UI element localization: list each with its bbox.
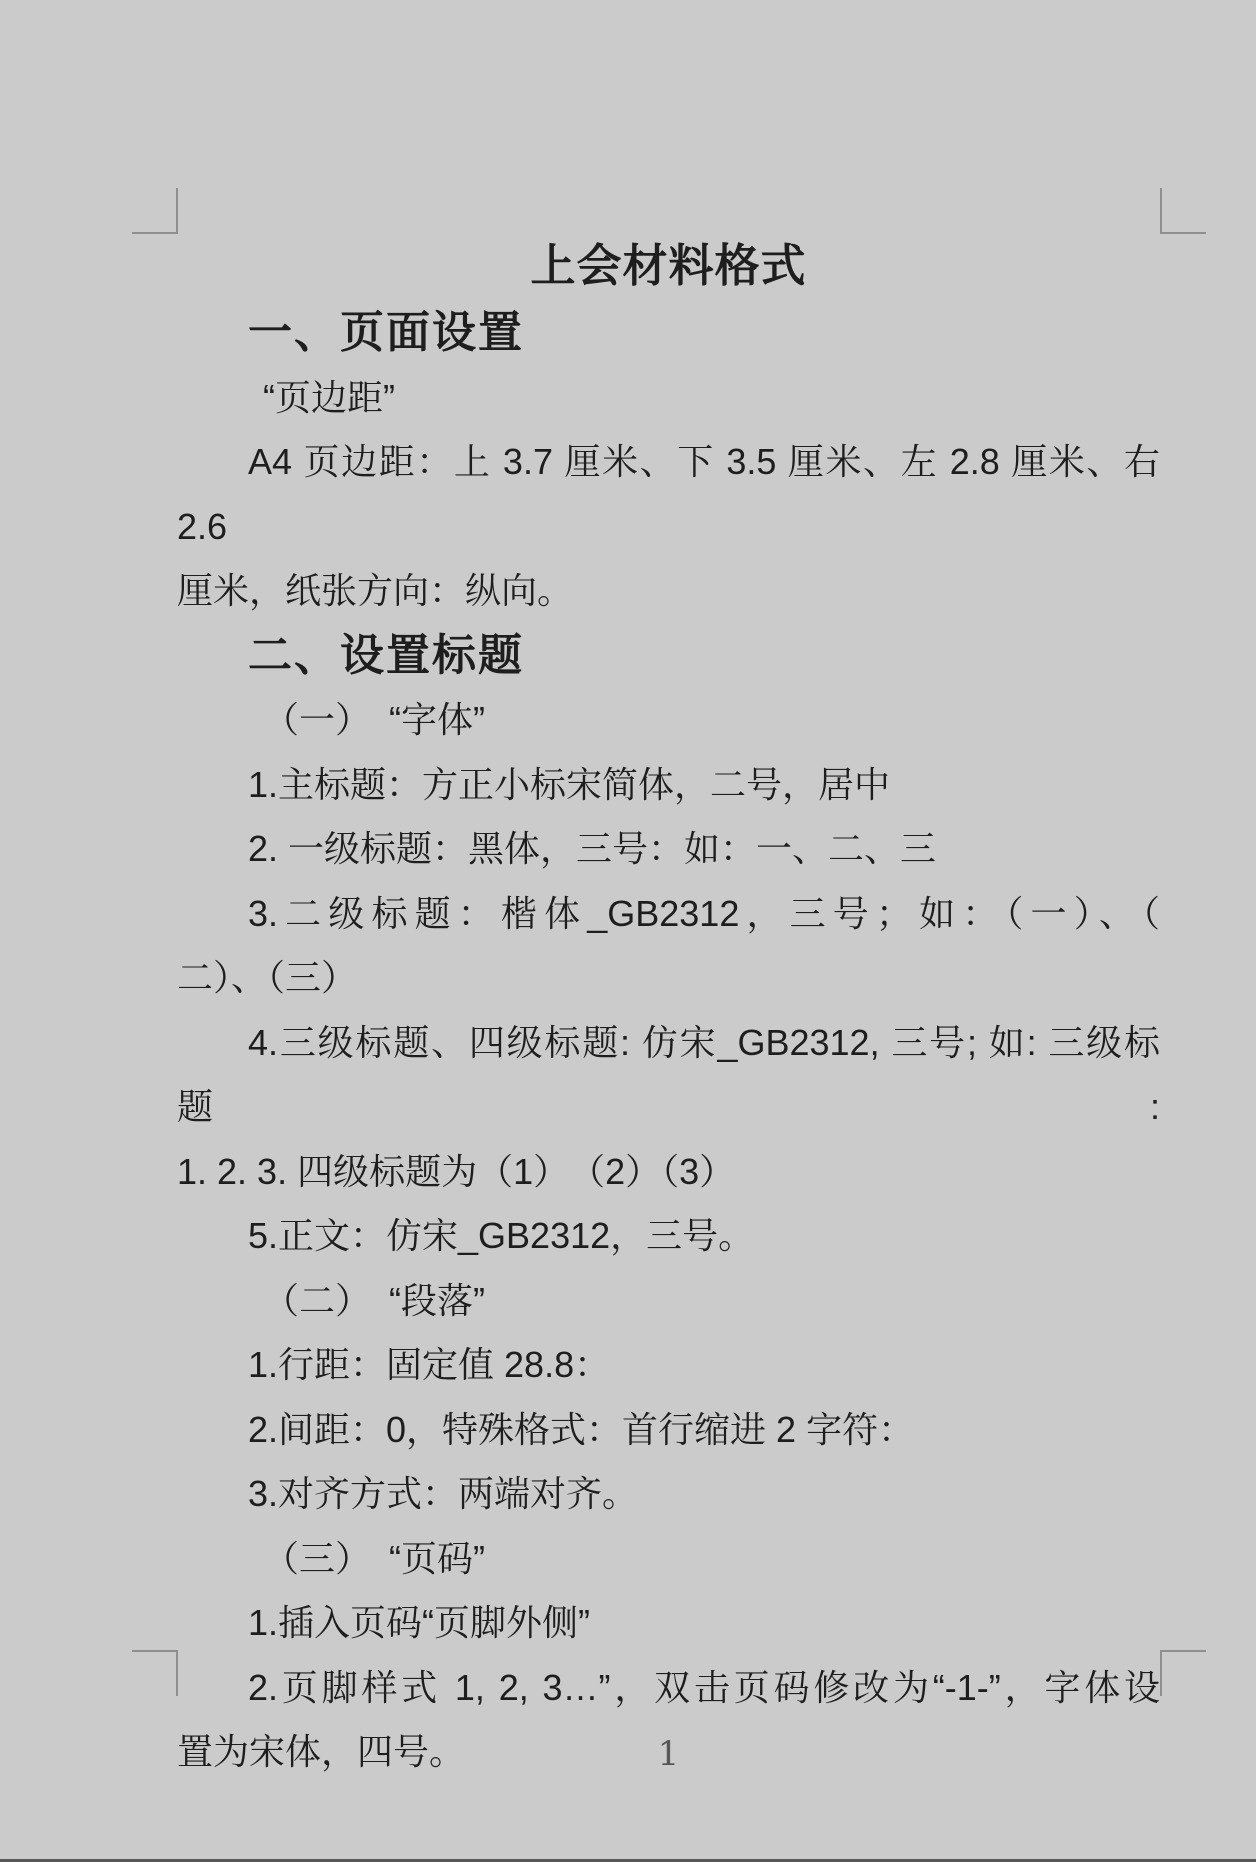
- document-page: 上会材料格式 一、页面设置“页边距”A4 页边距：上 3.7 厘米、下 3.5 …: [0, 0, 1256, 1862]
- text-line: （一） “字体”: [177, 688, 1160, 753]
- text-line: 4.三级标题、四级标题: 仿宋_GB2312, 三号; 如: 三级标题:: [177, 1011, 1160, 1140]
- text-line: 1.插入页码“页脚外侧”: [177, 1591, 1160, 1656]
- text-line: 1.行距：固定值 28.8：: [177, 1333, 1160, 1398]
- margin-crop-mark-top-right: [1160, 188, 1206, 234]
- page-number: 1: [177, 1734, 1160, 1774]
- text-line: “页边距”: [177, 366, 1160, 431]
- text-line: （三） “页码”: [177, 1527, 1160, 1592]
- text-line: 3.对齐方式：两端对齐。: [177, 1462, 1160, 1527]
- text-line: 3.二级标题：楷体_GB2312，三号；如：（一）、（: [177, 882, 1160, 947]
- text-line: 一、页面设置: [177, 301, 1160, 366]
- text-line: 5.正文：仿宋_GB2312，三号。: [177, 1204, 1160, 1269]
- text-line: 1.主标题：方正小标宋简体，二号，居中: [177, 753, 1160, 818]
- text-line: 2. 一级标题：黑体，三号：如：一、二、三: [177, 817, 1160, 882]
- document-title: 上会材料格式: [177, 236, 1160, 296]
- margin-crop-mark-bottom-left: [132, 1650, 178, 1696]
- text-line: 1. 2. 3. 四级标题为（1） （2）（3）: [177, 1140, 1160, 1205]
- text-line: 2.间距：0，特殊格式：首行缩进 2 字符：: [177, 1398, 1160, 1463]
- text-line: 二）、（三）: [177, 946, 1160, 1011]
- text-line: 二、设置标题: [177, 624, 1160, 689]
- text-line: （二） “段落”: [177, 1269, 1160, 1334]
- text-line: A4 页边距：上 3.7 厘米、下 3.5 厘米、左 2.8 厘米、右 2.6: [177, 430, 1160, 559]
- margin-crop-mark-bottom-right: [1160, 1650, 1206, 1696]
- margin-crop-mark-top-left: [132, 188, 178, 234]
- text-line: 厘米，纸张方向：纵向。: [177, 559, 1160, 624]
- text-line: 2.页脚样式 1, 2, 3…”，双击页码修改为“-1-”，字体设: [177, 1656, 1160, 1721]
- document-body: 一、页面设置“页边距”A4 页边距：上 3.7 厘米、下 3.5 厘米、左 2.…: [177, 301, 1160, 1785]
